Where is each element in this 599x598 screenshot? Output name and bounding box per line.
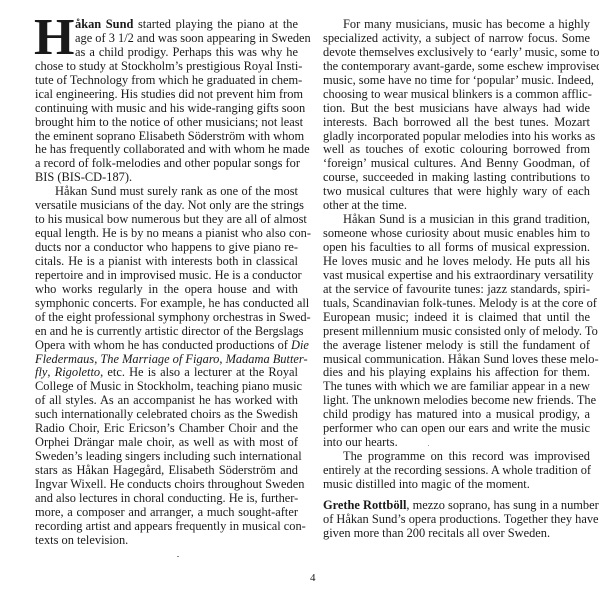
text-line: Håkan Sund must surely rank as one of th… xyxy=(35,185,298,199)
text-line: performer who can open our ears and writ… xyxy=(323,422,590,436)
text-line: Ingvar Wixell. He conducts choirs throug… xyxy=(35,478,298,492)
text-line: texts on television. xyxy=(35,534,298,548)
text-line: specialized activity, a subject of narro… xyxy=(323,32,590,46)
text-line: someone whose curiosity about music enab… xyxy=(323,227,590,241)
opera-title: Die xyxy=(291,338,309,352)
text-line: he has frequently collaborated and with … xyxy=(35,143,298,157)
text-line: ical engineering. His studies did not pr… xyxy=(35,88,298,102)
text-line: at the service of favourite tunes: jazz … xyxy=(323,283,590,297)
text-line: the contemporary avant-garde, some esche… xyxy=(323,60,590,74)
text-line: two musical cultures that were highly wa… xyxy=(323,185,590,199)
page-number: 4 xyxy=(310,572,316,584)
opera-title: Fledermaus xyxy=(35,352,94,366)
text-line: The programme on this record was improvi… xyxy=(323,450,590,464)
text-line: the eminent soprano Elisabeth Söderström… xyxy=(35,130,298,144)
text-line: equal length. He is by no means a pianis… xyxy=(35,227,298,241)
text-line: continuing with music and his wide-rangi… xyxy=(35,102,298,116)
text-line: Orphei Drängar male choir, as well as wi… xyxy=(35,436,298,450)
text-line: Håkan Sund is a musician in this grand t… xyxy=(323,213,590,227)
text-line: open his faculties to all forms of music… xyxy=(323,241,590,255)
text-line: such internationally celebrated choirs a… xyxy=(35,408,298,422)
text-line: the average listener melody is still the… xyxy=(323,339,590,353)
text-line: ducts nor a conductor who happens to giv… xyxy=(35,241,298,255)
text-line: brought him to the notice of other music… xyxy=(35,116,298,130)
opera-title: The Marriage of Figaro xyxy=(100,352,219,366)
text-line: Sweden’s leading singers including such … xyxy=(35,450,298,464)
text-line: who works regularly in the opera house a… xyxy=(35,283,298,297)
performer-name: Grethe Rottböll xyxy=(323,498,406,512)
text-line: and also lectures in choral conducting. … xyxy=(35,492,298,506)
text-line: symphonic concerts. For example, he has … xyxy=(35,297,298,311)
text-line: European music; indeed it is claimed tha… xyxy=(323,311,590,325)
text-line: interests. Bach borrowed all the best tu… xyxy=(323,116,590,130)
text-line: tuals, Scandinavian folk-tunes. Melody i… xyxy=(323,297,590,311)
text-line: Radio Choir, Eric Ericson’s Chamber Choi… xyxy=(35,422,298,436)
drop-cap: H xyxy=(34,17,74,59)
text-line: to his musical bow numerous but they are… xyxy=(35,213,298,227)
text-line: fly, Rigoletto, etc. He is also a lectur… xyxy=(35,366,298,380)
text-line: BIS (BIS-CD-187). xyxy=(35,171,298,185)
text-line: tion. But the best musicians have always… xyxy=(323,102,590,116)
text-line: Grethe Rottböll, mezzo soprano, has sung… xyxy=(323,499,590,513)
scan-artifact xyxy=(177,556,179,557)
text-line: stars as Håkan Hagegård, Elisabeth Söder… xyxy=(35,464,298,478)
text-line: citals. He is a pianist with interests b… xyxy=(35,255,298,269)
text-line: recording artist and appears frequently … xyxy=(35,520,298,534)
text-line: ‘foreign’ musical cultures. And Benny Go… xyxy=(323,157,590,171)
text-line: music distilled into magic of the moment… xyxy=(323,478,590,492)
text-line: of the eight professional symphony orche… xyxy=(35,311,298,325)
right-column: For many musicians, music has become a h… xyxy=(323,18,590,541)
opera-title: Rigoletto xyxy=(55,365,100,379)
text-line: Opera with whom he has conducted product… xyxy=(35,339,298,353)
text-line: music, some have no time for ‘popular’ m… xyxy=(323,74,590,88)
text-line: of all styles. As an accompanist he has … xyxy=(35,394,298,408)
text-line: of Håkan Sund’s opera productions. Toget… xyxy=(323,513,590,527)
subject-name: åkan Sund xyxy=(75,17,133,31)
text-line: course, succeeded in making lasting cont… xyxy=(323,171,590,185)
text-line: other at the time. xyxy=(323,199,590,213)
intro-paragraph: H åkan Sund started playing the piano at… xyxy=(35,18,298,185)
performer-credit-paragraph: Grethe Rottböll, mezzo soprano, has sung… xyxy=(323,499,590,541)
programme-paragraph: The programme on this record was improvi… xyxy=(323,450,590,492)
text-line: tute of Technology from which he graduat… xyxy=(35,74,298,88)
text-line: Fledermaus, The Marriage of Figaro, Mada… xyxy=(35,353,298,367)
musicians-paragraph: For many musicians, music has become a h… xyxy=(323,18,590,213)
text-line: The tunes with which we are familiar app… xyxy=(323,380,590,394)
text-line: light. The unknown melodies become new f… xyxy=(323,394,590,408)
text-line: into our hearts. xyxy=(323,436,590,450)
opera-title: Madama Butter- xyxy=(226,352,308,366)
text-line: repertoire and in improvised music. He i… xyxy=(35,269,298,283)
text-line: gladly incorporated popular melodies int… xyxy=(323,130,590,144)
text-line: present millennium music consisted only … xyxy=(323,325,590,339)
opera-title: fly xyxy=(35,365,47,379)
career-paragraph: Håkan Sund must surely rank as one of th… xyxy=(35,185,298,547)
text-line: more, a composer and arranger, a much so… xyxy=(35,506,298,520)
text-line: For many musicians, music has become a h… xyxy=(323,18,590,32)
tradition-paragraph: Håkan Sund is a musician in this grand t… xyxy=(323,213,590,450)
text-line: College of Music in Stockholm, teaching … xyxy=(35,380,298,394)
text-line: versatile musicians of the day. Not only… xyxy=(35,199,298,213)
text-line: entirely at the recording sessions. A wh… xyxy=(323,464,590,478)
text-line: given more than 200 recitals all over Sw… xyxy=(323,527,590,541)
text-line: He loves music and he loves melody. He p… xyxy=(323,255,590,269)
text-line: child prodigy has matured into a musical… xyxy=(323,408,590,422)
scan-artifact xyxy=(428,445,429,446)
text-line: a record of folk-melodies and other popu… xyxy=(35,157,298,171)
text-line: devote themselves exclusively to ‘early’… xyxy=(323,46,590,60)
text-line: vast musical expertise and his extraordi… xyxy=(323,269,590,283)
text-line: chose to study at Stockholm’s prestigiou… xyxy=(35,60,298,74)
text-line: choosing to wear musical blinkers is a c… xyxy=(323,88,590,102)
text-line: dies and his playing explains his affect… xyxy=(323,366,590,380)
text-line: en and he is currently artistic director… xyxy=(35,325,298,339)
left-column: H åkan Sund started playing the piano at… xyxy=(35,18,298,548)
text-line: well as touches of exotic colouring borr… xyxy=(323,143,590,157)
text-line: musical communication. Håkan Sund loves … xyxy=(323,353,590,367)
